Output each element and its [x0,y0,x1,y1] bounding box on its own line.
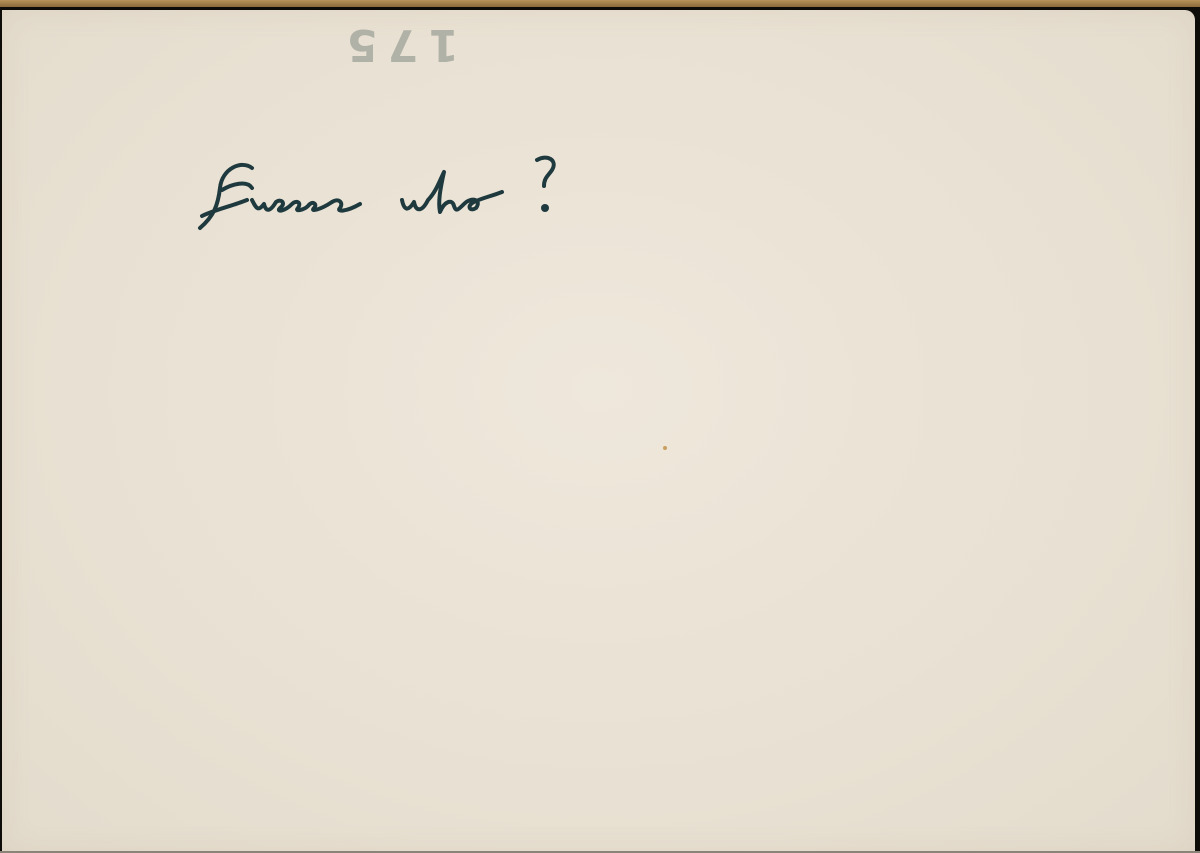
handwritten-note: Guess who? [192,150,762,240]
card-back: 175 Guess who? [2,10,1195,853]
photo-back-scan: 175 Guess who? [0,0,1200,853]
top-edge [0,0,1200,7]
paper-speck [663,446,667,450]
handwriting-strokes [192,150,762,240]
stamp-number: 175 [337,22,459,66]
